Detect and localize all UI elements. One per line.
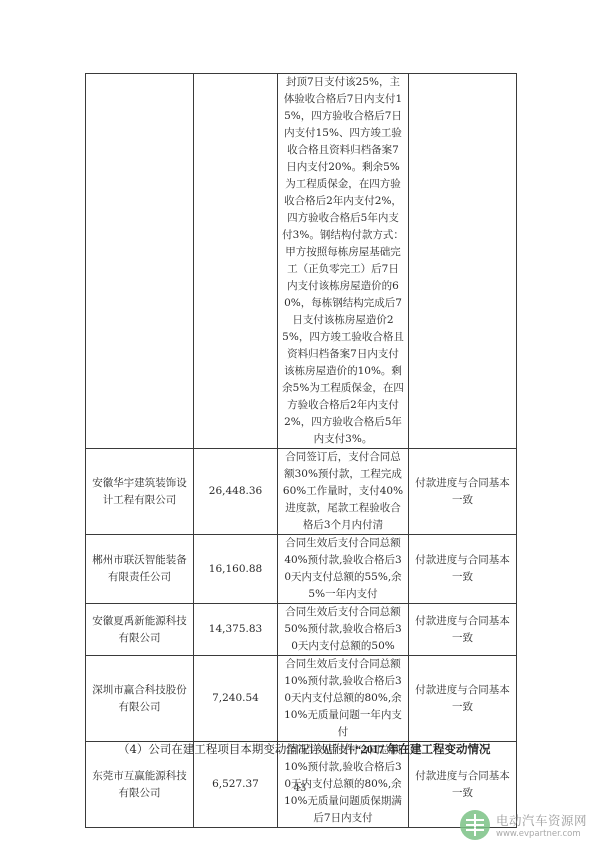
payment-terms-cell: 封顶7日支付该25%，主体验收合格后7日内支付15%，四方验收合格后7日内支付1…: [278, 74, 409, 449]
status-cell: 付款进度与合同基本一致: [409, 604, 517, 656]
amount-cell: 7,240.54: [194, 656, 278, 742]
amount-cell: 14,375.83: [194, 604, 278, 656]
evpartner-logo-icon: [460, 810, 490, 840]
status-cell: 付款进度与合同基本一致: [409, 449, 517, 535]
status-cell: 付款进度与合同基本一致: [409, 535, 517, 604]
note-attachment-title: “2017 年在建工程变动情况: [355, 744, 490, 756]
table-row: 深圳市赢合科技股份有限公司 7,240.54 合同生效后支付合同总额10%预付款…: [86, 656, 517, 742]
table-row: 安徽夏禹新能源科技有限公司 14,375.83 合同生效后支付合同总额50%预付…: [86, 604, 517, 656]
payment-terms-cell: 合同生效后支付合同总额40%预付款,验收合格后30天内支付总额的55%,余5%一…: [278, 535, 409, 604]
company-cell: 安徽华宇建筑装饰设计工程有限公司: [86, 449, 194, 535]
status-cell: [409, 74, 517, 449]
watermark-name: 电动汽车资源网: [496, 811, 587, 829]
construction-note: （4）公司在建工程项目本期变动情况详见附件“2017 年在建工程变动情况: [118, 741, 490, 757]
status-cell: 付款进度与合同基本一致: [409, 656, 517, 742]
document-page: 封顶7日支付该25%，主体验收合格后7日内支付15%，四方验收合格后7日内支付1…: [0, 0, 600, 849]
payment-terms-cell: 合同签订后，支付合同总额30%预付款，工程完成60%工作量时，支付40%进度款，…: [278, 449, 409, 535]
table-row: 郴州市联沃智能装备有限责任公司 16,160.88 合同生效后支付合同总额40%…: [86, 535, 517, 604]
page-number: 43: [0, 783, 600, 794]
amount-cell: 16,160.88: [194, 535, 278, 604]
amount-cell: 26,448.36: [194, 449, 278, 535]
company-cell: 安徽夏禹新能源科技有限公司: [86, 604, 194, 656]
company-cell: 深圳市赢合科技股份有限公司: [86, 656, 194, 742]
company-cell: [86, 74, 194, 449]
payment-terms-cell: 合同生效后支付合同总额10%预付款,验收合格后30天内支付总额的80%,余10%…: [278, 656, 409, 742]
watermark-url: www.evpartner.com: [496, 829, 587, 839]
note-text: （4）公司在建工程项目本期变动情况详见附件: [118, 742, 355, 756]
table-row: 封顶7日支付该25%，主体验收合格后7日内支付15%，四方验收合格后7日内支付1…: [86, 74, 517, 449]
contract-payment-table: 封顶7日支付该25%，主体验收合格后7日内支付15%，四方验收合格后7日内支付1…: [85, 73, 517, 828]
watermark: 电动汽车资源网 www.evpartner.com: [460, 810, 587, 840]
amount-cell: [194, 74, 278, 449]
company-cell: 郴州市联沃智能装备有限责任公司: [86, 535, 194, 604]
table-row: 安徽华宇建筑装饰设计工程有限公司 26,448.36 合同签订后，支付合同总额3…: [86, 449, 517, 535]
payment-terms-cell: 合同生效后支付合同总额50%预付款,验收合格后30天内支付总额的50%: [278, 604, 409, 656]
